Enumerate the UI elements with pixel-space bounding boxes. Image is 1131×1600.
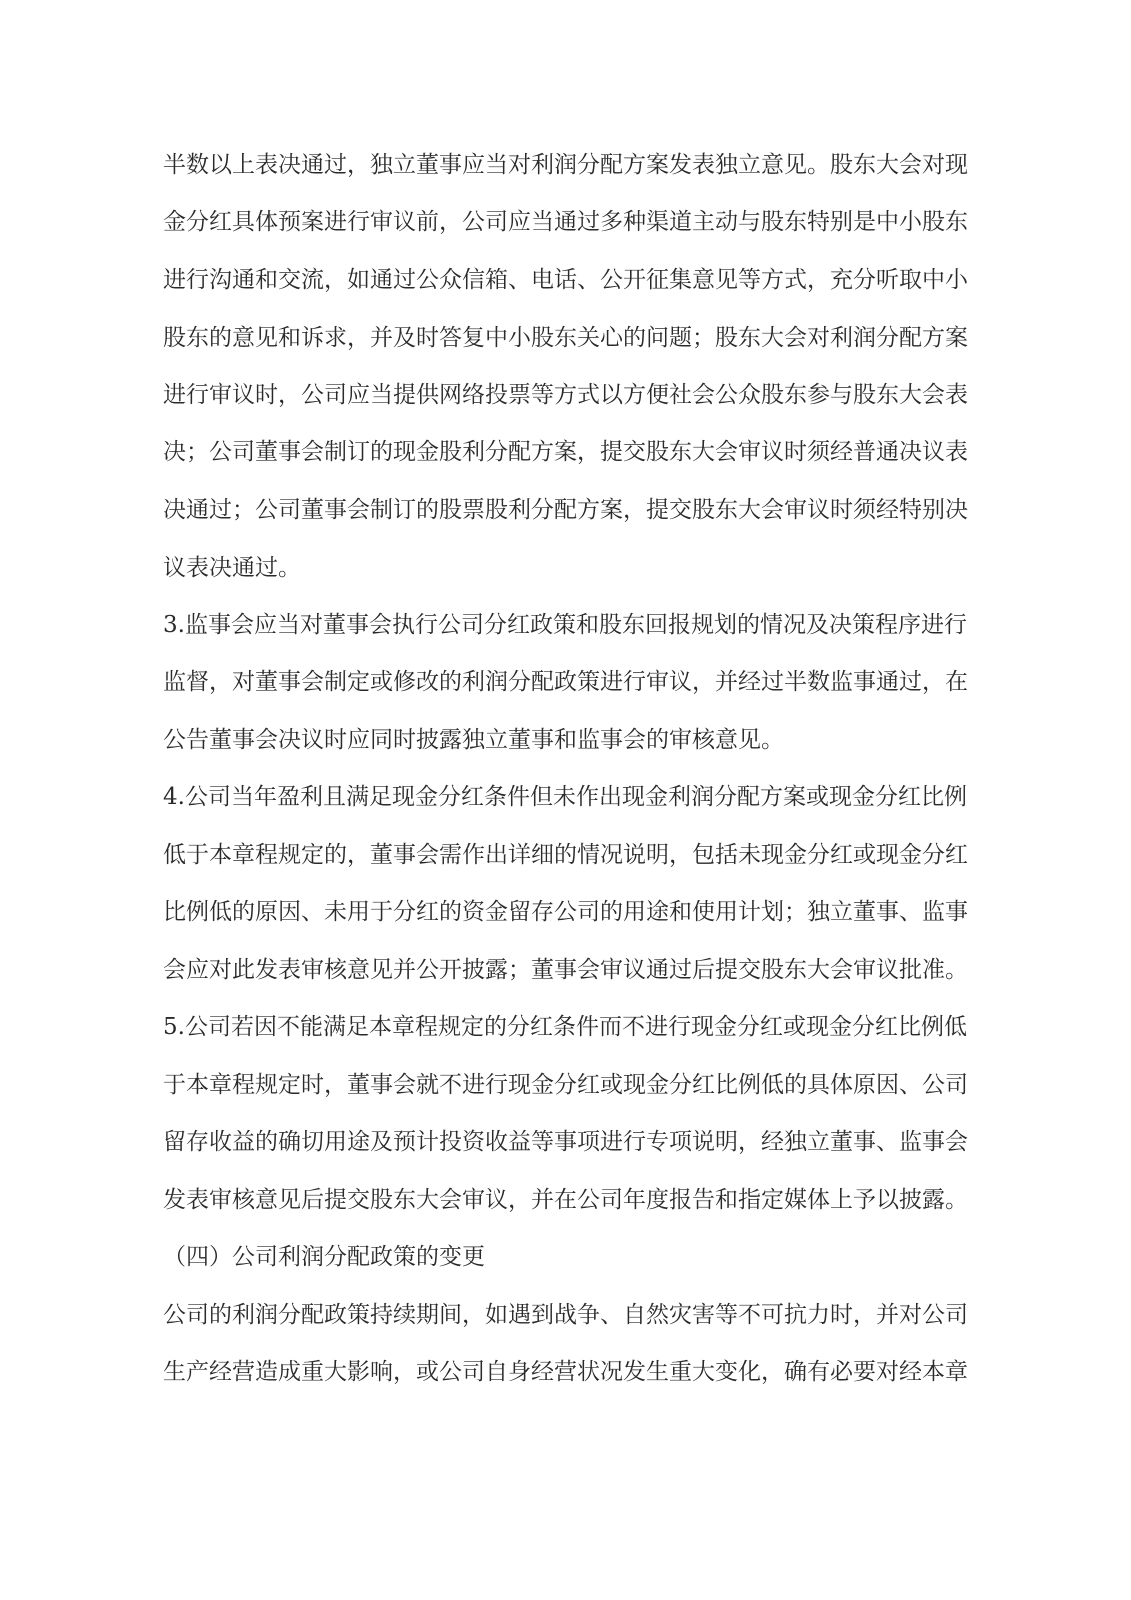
paragraph-line: 公司的利润分配政策持续期间，如遇到战争、自然灾害等不可抗力时，并对公司 (163, 1295, 947, 1335)
paragraph-line: 议表决通过。 (163, 548, 947, 588)
paragraph-line: 股东的意见和诉求，并及时答复中小股东关心的问题；股东大会对利润分配方案 (163, 318, 947, 358)
paragraph-line: 半数以上表决通过，独立董事应当对利润分配方案发表独立意见。股东大会对现 (163, 145, 947, 185)
paragraph-line: 进行沟通和交流，如通过公众信箱、电话、公开征集意见等方式，充分听取中小 (163, 260, 947, 300)
section-heading: （四）公司利润分配政策的变更 (163, 1237, 947, 1277)
paragraph-line: 公告董事会决议时应同时披露独立董事和监事会的审核意见。 (163, 720, 947, 760)
paragraph-line: 3.监事会应当对董事会执行公司分红政策和股东回报规划的情况及决策程序进行 (163, 605, 947, 645)
paragraph-line: 5.公司若因不能满足本章程规定的分红条件而不进行现金分红或现金分红比例低 (163, 1007, 947, 1047)
paragraph-line: 4.公司当年盈利且满足现金分红条件但未作出现金利润分配方案或现金分红比例 (163, 777, 947, 817)
paragraph-line: 会应对此发表审核意见并公开披露；董事会审议通过后提交股东大会审议批准。 (163, 950, 947, 990)
paragraph-line: 监督，对董事会制定或修改的利润分配政策进行审议，并经过半数监事通过，在 (163, 662, 947, 702)
paragraph-line: 留存收益的确切用途及预计投资收益等事项进行专项说明，经独立董事、监事会 (163, 1122, 947, 1162)
paragraph-line: 金分红具体预案进行审议前，公司应当通过多种渠道主动与股东特别是中小股东 (163, 202, 947, 242)
paragraph-line: 低于本章程规定的，董事会需作出详细的情况说明，包括未现金分红或现金分红 (163, 835, 947, 875)
paragraph-line: 比例低的原因、未用于分红的资金留存公司的用途和使用计划；独立董事、监事 (163, 892, 947, 932)
paragraph-line: 决；公司董事会制订的现金股利分配方案，提交股东大会审议时须经普通决议表 (163, 432, 947, 472)
paragraph-line: 生产经营造成重大影响，或公司自身经营状况发生重大变化，确有必要对经本章 (163, 1352, 947, 1392)
paragraph-line: 发表审核意见后提交股东大会审议，并在公司年度报告和指定媒体上予以披露。 (163, 1180, 947, 1220)
paragraph-line: 进行审议时，公司应当提供网络投票等方式以方便社会公众股东参与股东大会表 (163, 375, 947, 415)
document-page: 半数以上表决通过，独立董事应当对利润分配方案发表独立意见。股东大会对现 金分红具… (0, 0, 1131, 1600)
paragraph-line: 于本章程规定时，董事会就不进行现金分红或现金分红比例低的具体原因、公司 (163, 1065, 947, 1105)
paragraph-line: 决通过；公司董事会制订的股票股利分配方案，提交股东大会审议时须经特别决 (163, 490, 947, 530)
